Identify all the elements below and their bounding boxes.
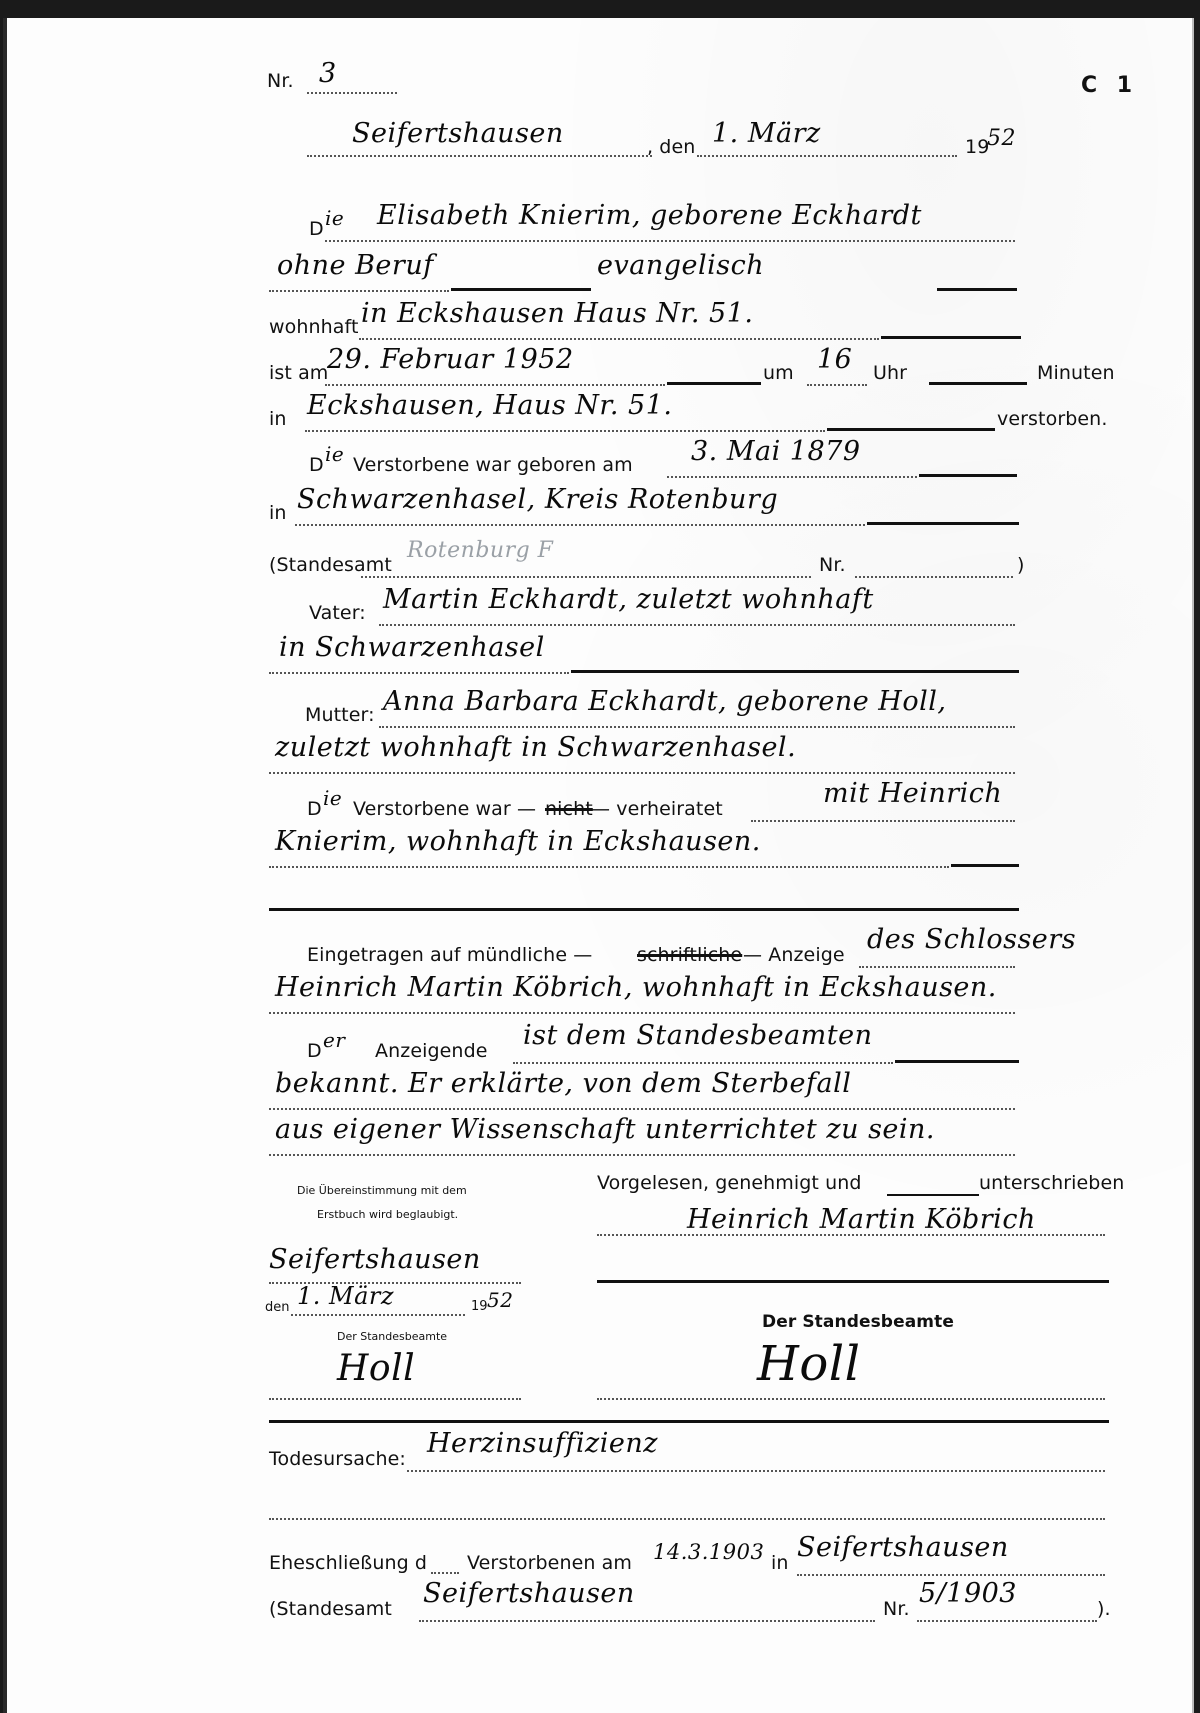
marriage-registry-nr-dotline <box>917 1620 1097 1622</box>
birth-registry-nr-dotline <box>855 576 1013 578</box>
deceased-occupation: ohne Beruf <box>277 250 434 281</box>
cause-dotline1 <box>407 1470 1105 1472</box>
marriage-struck-word: nicht <box>545 798 593 820</box>
marriage-record-place-dotline <box>797 1574 1105 1576</box>
birth-date-dotline <box>667 476 917 478</box>
informant-dotline2 <box>269 1012 1015 1014</box>
statement-dotline3 <box>269 1154 1015 1156</box>
um-label: um <box>763 362 794 384</box>
father-line2: in Schwarzenhasel <box>279 632 545 663</box>
death-date: 29. Februar 1952 <box>327 344 574 375</box>
number-dotline <box>307 92 397 94</box>
year-prefix: 19 <box>965 136 989 158</box>
death-date-rule <box>667 382 761 385</box>
article-d: D <box>309 218 324 240</box>
entry-label-after: — Anzeige <box>743 944 845 966</box>
death-hour: 16 <box>817 344 852 375</box>
verstorben-label: verstorben. <box>997 408 1107 430</box>
certification-official-title: Der Standesbeamte <box>337 1330 447 1343</box>
statement-line3: aus eigener Wissenschaft unterrichtet zu… <box>275 1114 935 1145</box>
spouse-dotline2 <box>269 866 949 868</box>
mother-line2: zuletzt wohnhaft in Schwarzenhasel. <box>275 732 796 763</box>
mother-line1: Anna Barbara Eckhardt, geborene Holl, <box>383 686 946 717</box>
death-date-dotline <box>325 384 665 386</box>
birth-registry-close: ) <box>1017 554 1025 576</box>
minuten-label: Minuten <box>1037 362 1115 384</box>
certification-year-suffix: 52 <box>487 1288 513 1312</box>
mother-label: Mutter: <box>305 704 375 726</box>
anzeigende-label: Anzeigende <box>375 1040 488 1062</box>
signed-rule <box>887 1194 979 1196</box>
born-label: Verstorbene war geboren am <box>353 454 633 476</box>
death-place: Eckshausen, Haus Nr. 51. <box>307 390 672 421</box>
father-dotline1 <box>379 624 1015 626</box>
date-dotline <box>697 155 957 157</box>
spouse-line1: mit Heinrich <box>823 778 1002 809</box>
cause-separator-rule <box>269 1420 1109 1423</box>
article-suffix: ie <box>325 206 344 230</box>
certification-place: Seifertshausen <box>269 1244 481 1275</box>
birth-registry-nr-label: Nr. <box>819 554 846 576</box>
residence-dotline <box>359 338 879 340</box>
certification-signature-dotline <box>269 1398 521 1400</box>
spouse-line2: Knierim, wohnhaft in Eckshausen. <box>275 826 761 857</box>
certification-date-dotline <box>291 1314 465 1316</box>
marriage-record-label-mid: Verstorbenen am <box>467 1552 632 1574</box>
marriage-record-article-dotline <box>431 1572 459 1574</box>
entry-label: Eingetragen auf mündliche — <box>307 944 592 966</box>
birth-place-rule <box>867 522 1019 525</box>
marriage-registry: Seifertshausen <box>423 1578 635 1609</box>
cause-value: Herzinsuffizienz <box>427 1428 658 1459</box>
certification-year-prefix: 19 <box>471 1299 488 1314</box>
spouse-dotline1 <box>751 820 1015 822</box>
informant-signature: Heinrich Martin Köbrich <box>687 1204 1036 1235</box>
birth-registry: Rotenburg F <box>407 538 553 563</box>
father-dotline2 <box>269 672 569 674</box>
minutes-rule <box>929 382 1027 385</box>
religion-rule <box>937 288 1017 291</box>
father-line1: Martin Eckhardt, zuletzt wohnhaft <box>383 584 874 615</box>
marriage-registry-nr: 5/1903 <box>919 1578 1017 1609</box>
born-article-d: D <box>309 454 324 476</box>
informant-dotline1 <box>859 966 1015 968</box>
informant-line1: des Schlossers <box>867 924 1076 955</box>
birth-date: 3. Mai 1879 <box>691 436 861 467</box>
marriage-label-before: Verstorbene war — <box>353 798 536 820</box>
marriage-registry-label: (Standesamt <box>269 1598 392 1620</box>
marriage-label-after: — verheiratet <box>591 798 723 820</box>
record-number: 3 <box>319 58 337 89</box>
birth-place: Schwarzenhasel, Kreis Rotenburg <box>297 484 778 515</box>
marriage-article-suffix: ie <box>323 786 342 810</box>
birth-registry-label: (Standesamt <box>269 554 392 576</box>
certification-line2: Erstbuch wird beglaubigt. <box>317 1208 458 1221</box>
marriage-record-place: Seifertshausen <box>797 1532 1009 1563</box>
certification-date: 1. März <box>297 1282 394 1310</box>
statement-dotline2 <box>269 1108 1015 1110</box>
year-suffix: 52 <box>987 126 1016 151</box>
marriage-record-label-start: Eheschließung d <box>269 1552 427 1574</box>
signature-separator-rule <box>597 1280 1109 1283</box>
marriage-registry-dotline <box>419 1620 875 1622</box>
cause-label: Todesursache: <box>269 1448 406 1470</box>
deceased-name: Elisabeth Knierim, geborene Eckhardt <box>377 200 922 231</box>
spouse-rule <box>951 864 1019 867</box>
birth-date-rule <box>919 474 1017 477</box>
marriage-record-date: 14.3.1903 <box>653 1540 764 1564</box>
read-approved-label: Vorgelesen, genehmigt und <box>597 1172 862 1194</box>
mother-dotline2 <box>269 772 1015 774</box>
official-title: Der Standesbeamte <box>762 1312 954 1332</box>
signed-label: unterschrieben <box>979 1172 1124 1194</box>
informant-line2: Heinrich Martin Köbrich, wohnhaft in Eck… <box>275 972 997 1003</box>
mother-dotline1 <box>379 726 1015 728</box>
birth-in-label: in <box>269 502 287 524</box>
uhr-label: Uhr <box>873 362 907 384</box>
marriage-registry-close: ). <box>1097 1598 1111 1620</box>
header-date: 1. März <box>712 118 821 149</box>
marriage-record-in-label: in <box>771 1552 789 1574</box>
header-place: Seifertshausen <box>352 118 564 149</box>
birth-registry-dotline <box>361 576 811 578</box>
death-certificate-page: Nr. 3 C 1 Seifertshausen , den 1. März 1… <box>3 18 1194 1713</box>
deceased-religion: evangelisch <box>597 250 764 281</box>
occupation-dotline <box>269 290 449 292</box>
marriage-registry-nr-label: Nr. <box>883 1598 910 1620</box>
informant-signature-dotline <box>597 1234 1105 1236</box>
der-prefix: D <box>307 1040 322 1062</box>
statement-line1: ist dem Standesbeamten <box>523 1020 873 1051</box>
died-on-label: ist am <box>269 362 328 384</box>
born-article-suffix: ie <box>325 442 344 466</box>
marriage-article-d: D <box>307 798 322 820</box>
blank-rule <box>269 908 1019 911</box>
form-code: C 1 <box>1081 73 1138 98</box>
hour-dotline <box>807 384 867 386</box>
father-label: Vater: <box>309 602 366 624</box>
entry-struck-word: schriftliche <box>637 944 742 966</box>
den-label: , den <box>647 136 695 158</box>
name-dotline <box>325 240 1015 242</box>
der-suffix: er <box>323 1028 345 1052</box>
statement-dotline1 <box>513 1062 893 1064</box>
certification-official-signature: Holl <box>337 1348 415 1389</box>
residence-rule <box>881 336 1021 339</box>
statement-rule1 <box>895 1060 1019 1063</box>
father-rule <box>571 670 1019 673</box>
official-signature: Holl <box>757 1336 860 1392</box>
official-signature-dotline <box>597 1398 1105 1400</box>
death-in-label: in <box>269 408 287 430</box>
certification-den-label: den <box>265 1300 290 1315</box>
residence-label: wohnhaft <box>269 316 359 338</box>
place-dotline <box>307 155 652 157</box>
cause-dotline2 <box>269 1518 1105 1520</box>
death-place-rule <box>827 428 995 431</box>
number-label: Nr. <box>267 70 294 92</box>
certification-line1: Die Übereinstimmung mit dem <box>297 1184 467 1197</box>
statement-line2: bekannt. Er erklärte, von dem Sterbefall <box>275 1068 851 1099</box>
deceased-residence: in Eckshausen Haus Nr. 51. <box>361 298 753 329</box>
death-place-dotline <box>305 430 825 432</box>
birth-place-dotline <box>295 524 865 526</box>
occupation-rule <box>451 288 591 291</box>
